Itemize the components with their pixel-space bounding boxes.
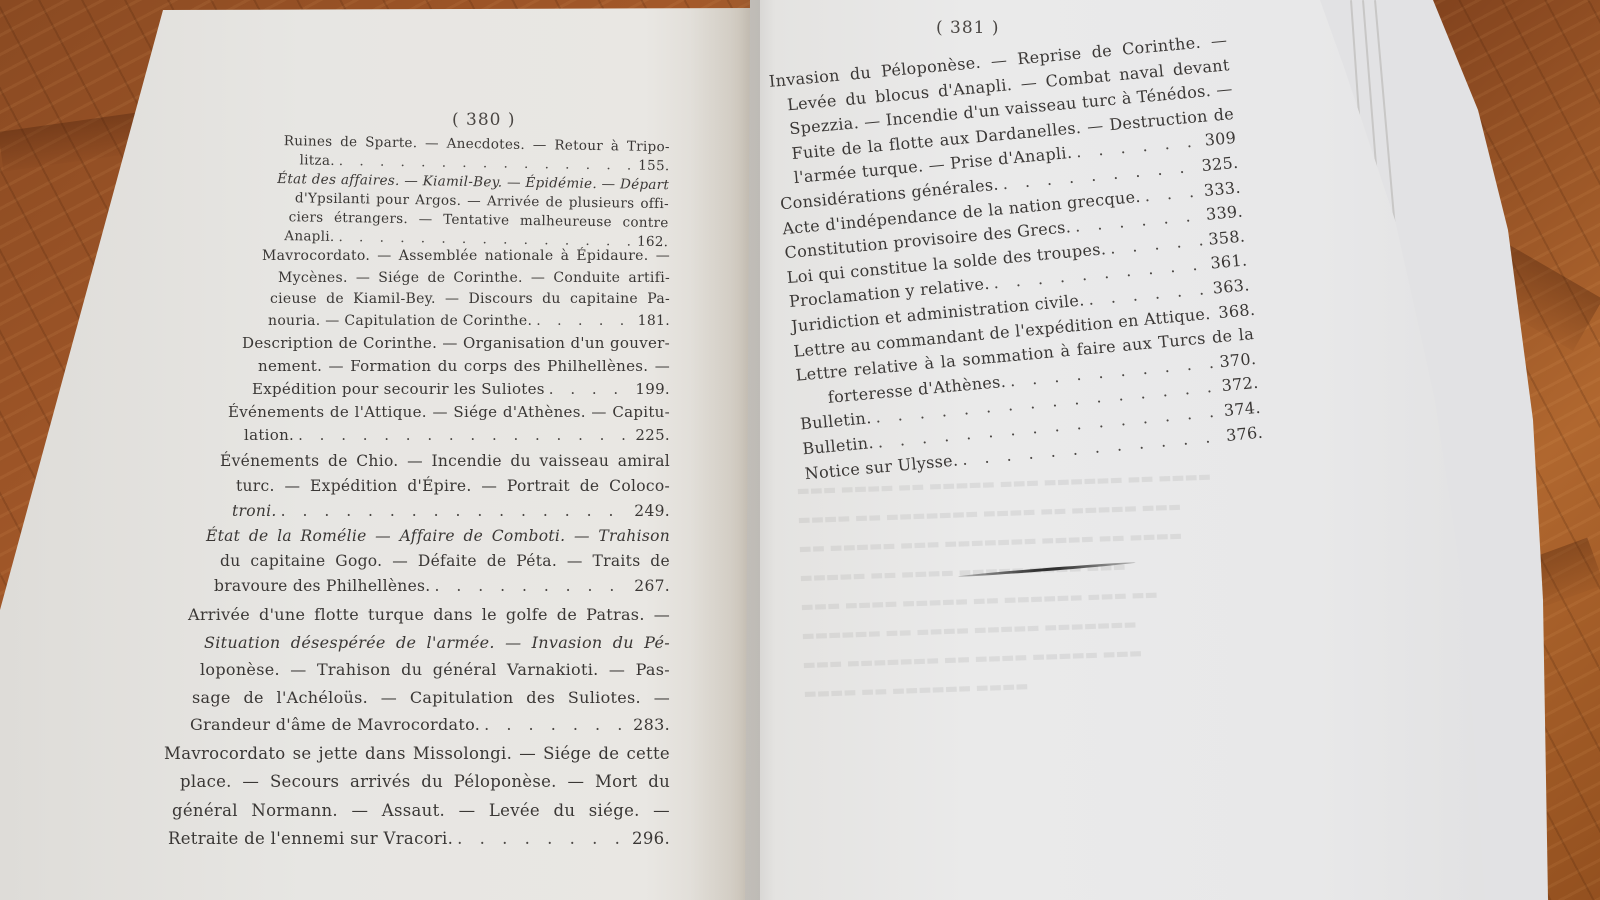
page-ref: 181. xyxy=(638,311,670,333)
toc-line: Mavrocordato se jette dans Missolongi. —… xyxy=(150,740,670,769)
page-ref: 363. xyxy=(1212,273,1251,301)
leader-dots xyxy=(484,711,629,739)
toc-line: Événements de l'Attique. — Siége d'Athèn… xyxy=(150,401,670,424)
leader-dots xyxy=(549,378,632,401)
leader-dots xyxy=(536,311,633,333)
toc-line: place. — Secours arrivés du Péloponèse. … xyxy=(150,768,670,797)
toc-line: loponèse. — Trahison du général Varnakio… xyxy=(150,656,670,684)
page-ref: 358. xyxy=(1207,224,1246,252)
toc-line: du capitaine Gogo. — Défaite de Péta. — … xyxy=(150,549,670,574)
toc-line: sage de l'Achéloüs. — Capitulation des S… xyxy=(150,684,670,712)
toc-line: Arrivée d'une flotte turque dans le golf… xyxy=(150,601,670,629)
toc-entry: nouria. — Capitulation de Corinthe.181. xyxy=(150,311,670,333)
toc-line: Événements de Chio. — Incendie du vaisse… xyxy=(150,449,670,474)
page-ref: 267. xyxy=(634,574,670,599)
toc-line: général Normann. — Assaut. — Levée du si… xyxy=(150,797,670,826)
toc-line: turc. — Expédition d'Épire. — Portrait d… xyxy=(150,474,670,499)
leader-dots xyxy=(435,574,631,599)
left-page-toc: Ruines de Sparte. — Anecdotes. — Retour … xyxy=(150,130,670,854)
right-page-toc: Invasion du Péloponèse. — Reprise de Cor… xyxy=(768,28,1264,486)
leader-dots xyxy=(298,424,631,447)
toc-line: nement. — Formation du corps des Philhel… xyxy=(150,355,670,378)
toc-line: État de la Romélie — Affaire de Comboti.… xyxy=(150,524,670,549)
toc-line: Mycènes. — Siége de Corinthe. — Conduite… xyxy=(150,268,670,290)
page-ref: 333. xyxy=(1203,175,1242,203)
page-ref: 155. xyxy=(638,157,670,176)
page-ref: 370. xyxy=(1218,347,1257,375)
page-ref: 339. xyxy=(1205,200,1244,228)
leader-dots xyxy=(281,499,631,524)
page-ref: 374. xyxy=(1223,396,1262,424)
page-ref: 199. xyxy=(635,378,670,401)
toc-entry: Retraite de l'ennemi sur Vracori.296. xyxy=(150,825,670,854)
toc-entry: Expédition pour secourir les Suliotes199… xyxy=(150,378,670,401)
page-ref: 309 xyxy=(1204,126,1238,153)
toc-line: Description de Corinthe. — Organisation … xyxy=(150,332,670,355)
toc-entry: bravoure des Philhellènes.267. xyxy=(150,574,670,599)
toc-entry: troni.249. xyxy=(150,499,670,524)
page-ref: 368. xyxy=(1217,297,1256,325)
toc-line: cieuse de Kiamil-Bey. — Discours du capi… xyxy=(150,289,670,311)
toc-entry: Grandeur d'âme de Mavrocordato.283. xyxy=(150,711,670,739)
page-ref: 325. xyxy=(1201,151,1240,179)
toc-entry: lation.225. xyxy=(150,424,670,447)
page-ref: 372. xyxy=(1221,371,1260,399)
leader-dots xyxy=(457,825,628,854)
page-ref: 225. xyxy=(635,424,670,447)
page-number-left: ( 380 ) xyxy=(452,110,516,130)
page-ref: 283. xyxy=(633,711,670,739)
toc-line: Situation désespérée de l'armée. — Invas… xyxy=(150,629,670,657)
page-ref: 296. xyxy=(632,825,670,854)
page-ref: 376. xyxy=(1225,420,1264,448)
page-ref: 361. xyxy=(1209,249,1248,277)
page-ref: 249. xyxy=(634,499,670,524)
page-ref: 162. xyxy=(637,233,669,252)
page-number-right: ( 381 ) xyxy=(936,18,1000,38)
